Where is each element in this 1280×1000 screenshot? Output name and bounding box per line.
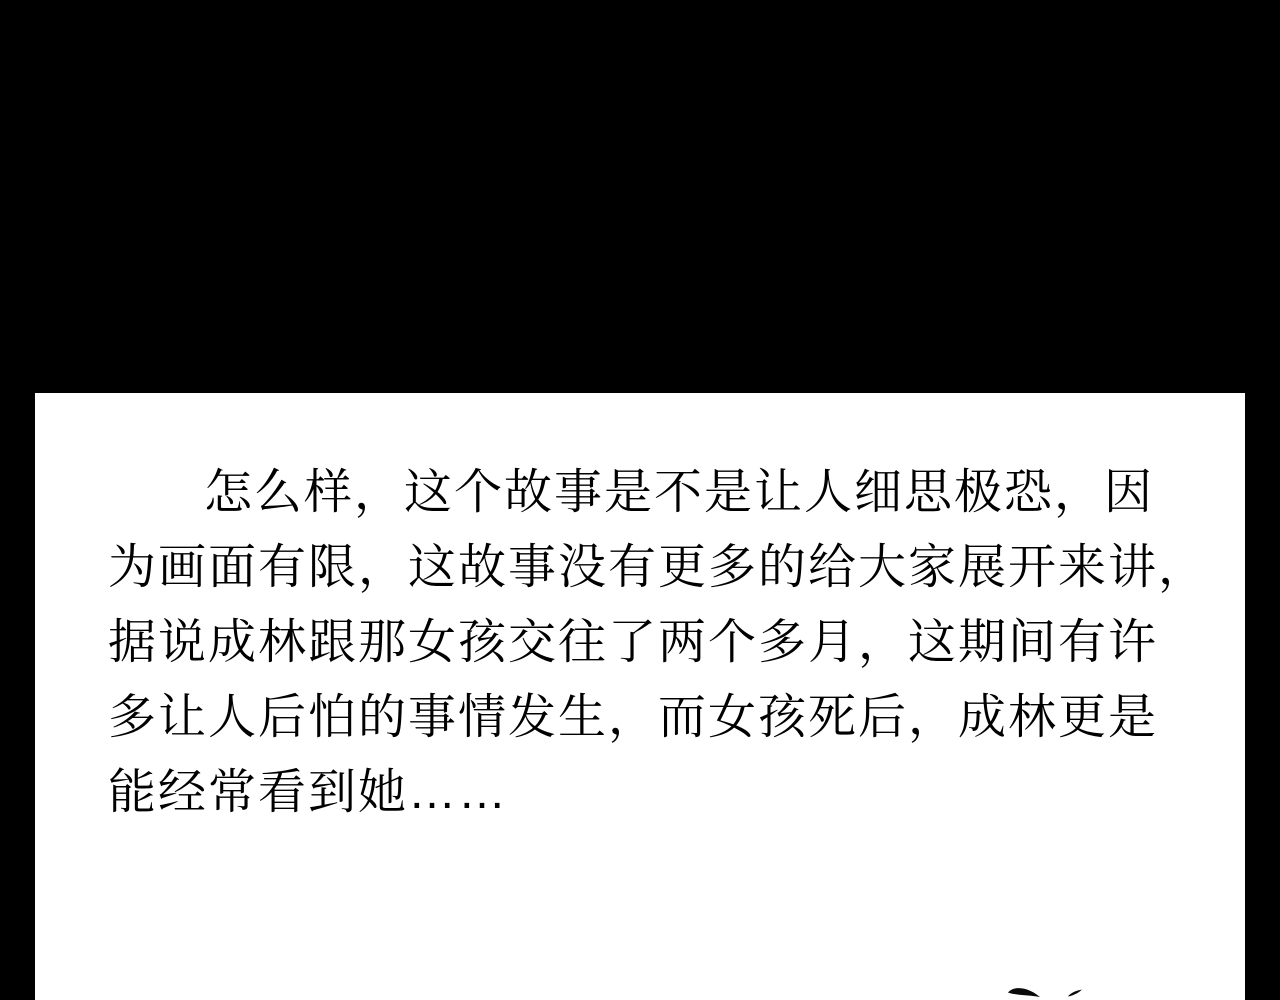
narration-line-3: 据说成林跟那女孩交往了两个多月，这期间有许 (108, 605, 1218, 680)
bird-wing-icon (1005, 982, 1089, 1000)
narration-line-1: 怎么样，这个故事是不是让人细思极恐，因 (108, 455, 1218, 530)
narration-line-4: 多让人后怕的事情发生，而女孩死后，成林更是 (108, 680, 1218, 755)
narration-line-5: 能经常看到她…… (108, 755, 1218, 830)
comic-page: 怎么样，这个故事是不是让人细思极恐，因 为画面有限，这故事没有更多的给大家展开来… (0, 0, 1280, 1000)
narration-panel: 怎么样，这个故事是不是让人细思极恐，因 为画面有限，这故事没有更多的给大家展开来… (35, 393, 1245, 1000)
narration-text-block: 怎么样，这个故事是不是让人细思极恐，因 为画面有限，这故事没有更多的给大家展开来… (108, 455, 1218, 830)
narration-line-2: 为画面有限，这故事没有更多的给大家展开来讲， (108, 530, 1218, 605)
